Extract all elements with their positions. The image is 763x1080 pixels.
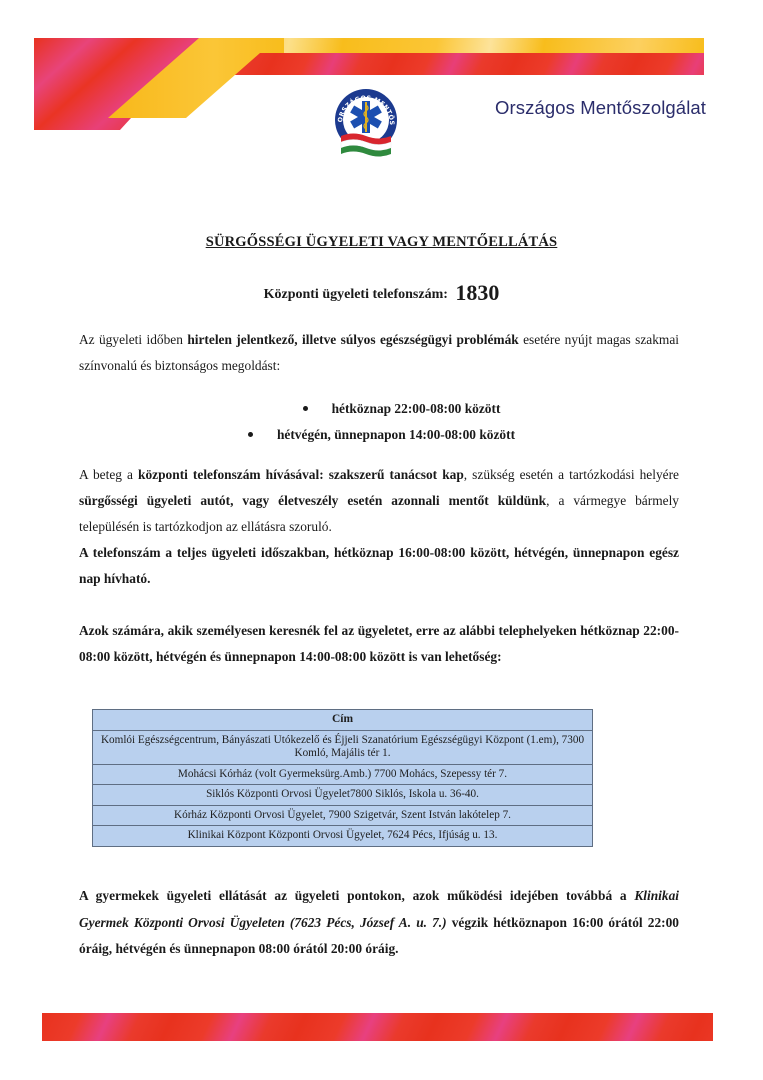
phone-label: Központi ügyeleti telefonszám: bbox=[264, 287, 448, 302]
intro-text: Az ügyeleti időben bbox=[79, 332, 187, 347]
call-availability-text: A telefonszám a teljes ügyeleti időszakb… bbox=[79, 545, 679, 586]
table-header-row: Cím bbox=[93, 710, 593, 731]
intro-paragraph: Az ügyeleti időben hirtelen jelentkező, … bbox=[79, 327, 679, 379]
address-column-header: Cím bbox=[93, 710, 593, 731]
hours-list: hétköznap 22:00-08:00 között hétvégén, ü… bbox=[0, 396, 763, 448]
bullet-icon bbox=[303, 406, 308, 411]
table-row: Komlói Egészségcentrum, Bányászati Utóke… bbox=[93, 730, 593, 764]
list-item: hétköznap 22:00-08:00 között bbox=[0, 396, 763, 422]
in-person-paragraph: Azok számára, akik személyesen keresnék … bbox=[79, 618, 679, 670]
call-info-bold-2: sürgősségi ügyeleti autót, vagy életvesz… bbox=[79, 493, 546, 508]
hours-weekday: hétköznap 22:00-08:00 között bbox=[332, 401, 501, 416]
intro-bold-text: hirtelen jelentkező, illetve súlyos egés… bbox=[187, 332, 518, 347]
star-of-life-emblem-icon: ORSZÁGOS MENTŐSZOLGÁLAT bbox=[333, 86, 399, 162]
bullet-icon bbox=[248, 432, 253, 437]
call-info-text-2: , szükség esetén a tartózkodási helyére bbox=[464, 467, 679, 482]
call-info-paragraph: A beteg a központi telefonszám hívásával… bbox=[79, 462, 679, 592]
footer-stripe-band bbox=[42, 1013, 713, 1041]
hours-weekend: hétvégén, ünnepnapon 14:00-08:00 között bbox=[277, 427, 515, 442]
location-szigetvar: Kórház Központi Orvosi Ügyelet, 7900 Szi… bbox=[93, 805, 593, 826]
list-item: hétvégén, ünnepnapon 14:00-08:00 között bbox=[0, 422, 763, 448]
location-pecs: Klinikai Központ Központi Orvosi Ügyelet… bbox=[93, 826, 593, 847]
page-title: SÜRGŐSSÉGI ÜGYELETI VAGY MENTŐELLÁTÁS bbox=[0, 234, 763, 251]
location-komlo: Komlói Egészségcentrum, Bányászati Utóke… bbox=[93, 730, 593, 764]
children-info-text: A gyermekek ügyeleti ellátását az ügyele… bbox=[79, 888, 634, 903]
location-mohacs: Mohácsi Kórház (volt Gyermeksürg.Amb.) 7… bbox=[93, 764, 593, 785]
table-row: Kórház Központi Orvosi Ügyelet, 7900 Szi… bbox=[93, 805, 593, 826]
locations-table: Cím Komlói Egészségcentrum, Bányászati U… bbox=[92, 709, 593, 847]
location-siklos: Siklós Központi Orvosi Ügyelet7800 Sikló… bbox=[93, 785, 593, 806]
table-row: Klinikai Központ Központi Orvosi Ügyelet… bbox=[93, 826, 593, 847]
organization-name: Országos Mentőszolgálat bbox=[495, 97, 706, 119]
children-care-paragraph: A gyermekek ügyeleti ellátását az ügyele… bbox=[79, 883, 679, 963]
phone-number: 1830 bbox=[455, 280, 499, 305]
call-info-text: A beteg a bbox=[79, 467, 138, 482]
table-row: Siklós Központi Orvosi Ügyelet7800 Sikló… bbox=[93, 785, 593, 806]
table-row: Mohácsi Kórház (volt Gyermeksürg.Amb.) 7… bbox=[93, 764, 593, 785]
call-info-bold-1: központi telefonszám hívásával: szakszer… bbox=[138, 467, 464, 482]
central-phone-line: Központi ügyeleti telefonszám: 1830 bbox=[0, 280, 763, 306]
